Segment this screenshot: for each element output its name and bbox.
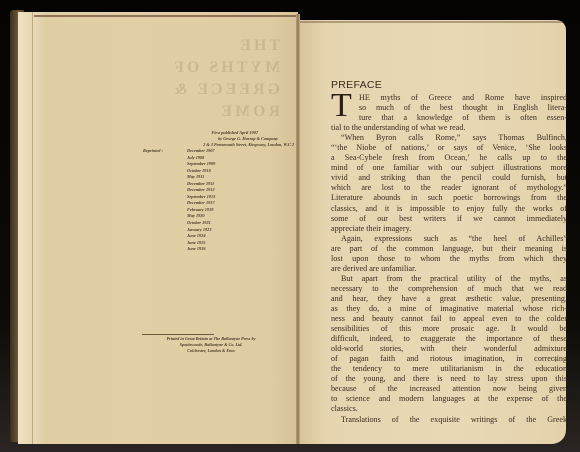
text-line: some of our best writers if we cannot im… [331,214,567,224]
printer-line-3: Colchester, London & Eton [123,348,299,354]
text-line: vivid and striking than the pencil could… [331,173,567,183]
reprint-date: June 1926 [187,246,215,253]
reprint-date: December 1917 [187,200,215,207]
text-line: But apart from the practical utility of … [331,274,567,284]
page-top-edge [34,15,299,17]
text-line: which are lost to the reader ignorant of… [331,183,567,193]
printer-divider [142,334,214,335]
bleed-through-title: THE MYTHS OF GREECE & ROME [160,35,280,95]
publisher-address: 2 & 3 Portsmouth Street, Kingsway, Londo… [148,142,298,148]
preface-body: T HE myths of Greece and Rome have inspi… [331,93,567,425]
text-line: a Sea-Cybele fresh from Ocean,’ he calls… [331,153,567,163]
text-line: appreciate their imagery. [331,224,567,234]
text-line: difficult, indeed, to exaggerate the imp… [331,334,567,344]
text-line: Again, expressions such as “the heel of … [331,234,567,244]
text-line: tial to the understanding of what we rea… [331,123,567,133]
text-line: mind of one familiar with our subject il… [331,163,567,173]
text-line: HE myths of Greece and Rome have inspire… [331,93,567,103]
text-line: ture that a knowledge of them is often e… [331,113,567,123]
preface-content: PREFACE T HE myths of Greece and Rome ha… [331,79,567,425]
text-line: “‘the Niobe of nations,’ or says of Veni… [331,143,567,153]
text-line: as they do, a mine of imaginative materi… [331,304,567,314]
text-line: sensibilities of this more prosaic age. … [331,324,567,334]
text-line: of the young, and there is need to lay s… [331,374,567,384]
text-line: lost upon those to whom the myths from w… [331,254,567,264]
open-book: THE MYTHS OF GREECE & ROME First publish… [0,0,580,452]
text-line: classics, and it is impossible to enjoy … [331,204,567,214]
text-line: the tendency to mere utilitarianism in t… [331,364,567,374]
drop-cap: T [331,91,352,121]
reprint-dates: December 1907 July 1908 September 1909 O… [187,148,215,253]
text-line: are derived are unfamiliar. [331,264,567,274]
text-line: necessary to the comprehension of much t… [331,284,567,294]
text-line: Translations of the exquisite writings o… [331,415,567,425]
text-line: old-world stories, with their wonderful … [331,344,567,354]
imprint-block: First published April 1907 by George G. … [148,130,298,148]
text-line: are part of the common language, but the… [331,244,567,254]
bleed-line-2: GREECE & ROME [160,79,280,123]
bleed-line-1: THE MYTHS OF [160,35,280,79]
reprint-date: December 1907 [187,148,215,155]
opening-paragraph: T HE myths of Greece and Rome have inspi… [331,93,567,123]
printer-colophon: Printed in Great Britain at The Ballanty… [123,336,299,354]
text-line: “When Byron calls Rome,” says Thomas Bul… [331,133,567,143]
text-line: to science and modern languages at the e… [331,394,567,404]
text-line: and hear, they have a great æsthetic val… [331,294,567,304]
reprinted-label: Reprinted : [143,148,163,154]
page-top-edge [300,21,562,23]
text-line: of pagan faith and riotous imagination, … [331,354,567,364]
text-line: classics. [331,404,567,414]
text-line: Literature abounds in such poetic borrow… [331,193,567,203]
text-line: so much of the best thought in English l… [331,103,567,113]
text-line: because of the increased attention now b… [331,384,567,394]
text-line: ness and beauty cannot fail to appeal ev… [331,314,567,324]
reprint-date: September 1909 [187,161,215,168]
reprint-date: December 1912 [187,187,215,194]
signature-mark: v [554,358,557,364]
flyleaf-edge [18,12,33,444]
preface-heading: PREFACE [331,79,567,91]
